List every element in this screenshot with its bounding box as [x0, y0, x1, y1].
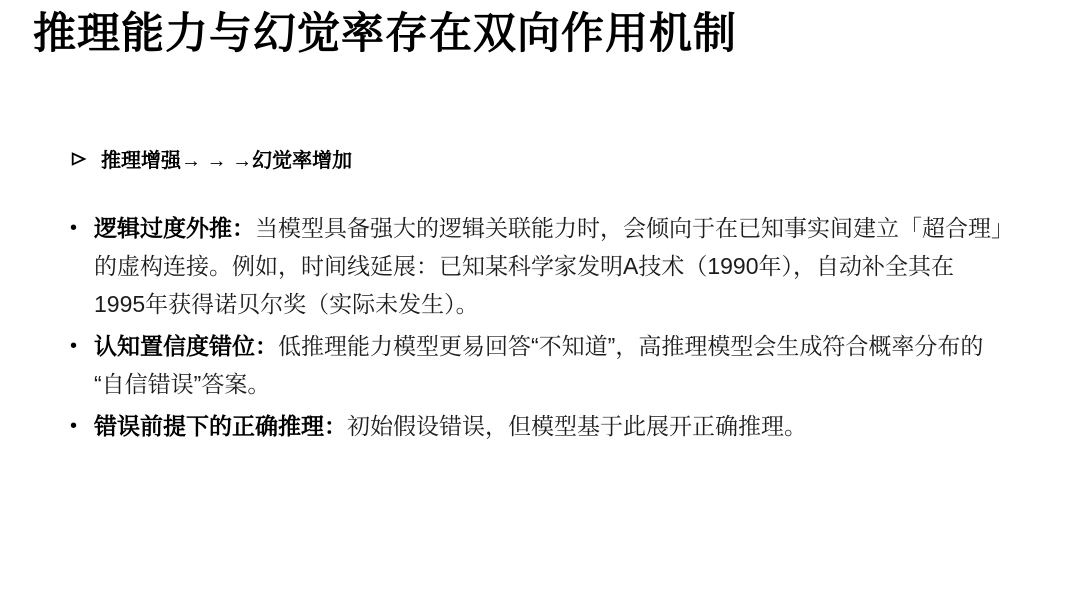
bullet-line: 认知置信度错位：低推理能力模型更易回答“不知道”，高推理模型会生成符合概率分布的	[94, 327, 1080, 365]
bullet-item-confidence-mismatch: • 认知置信度错位：低推理能力模型更易回答“不知道”，高推理模型会生成符合概率分…	[70, 327, 1080, 403]
key-point-row: 推理增强→ → →幻觉率增加	[70, 146, 1080, 172]
bullet-item-logic-extrapolation: • 逻辑过度外推：当模型具备强大的逻辑关联能力时，会倾向于在已知事实间建立「超合…	[70, 209, 1080, 323]
bullet-label: 错误前提下的正确推理：	[94, 413, 347, 439]
bullet-line: 的虚构连接。例如，时间线延展：已知某科学家发明A技术（1990年），自动补全其在	[94, 247, 1080, 285]
bullet-text: 初始假设错误，但模型基于此展开正确推理。	[347, 413, 807, 439]
bullet-dot-icon: •	[70, 407, 94, 445]
presentation-slide: 推理能力与幻觉率存在双向作用机制 推理增强→ → →幻觉率增加 • 逻辑过度外推…	[0, 8, 1080, 608]
bullet-line: 逻辑过度外推：当模型具备强大的逻辑关联能力时，会倾向于在已知事实间建立「超合理」	[94, 209, 1080, 247]
bullet-item-wrong-premise: • 错误前提下的正确推理：初始假设错误，但模型基于此展开正确推理。	[70, 407, 1080, 445]
slide-title: 推理能力与幻觉率存在双向作用机制	[33, 8, 1080, 62]
bullet-body: 逻辑过度外推：当模型具备强大的逻辑关联能力时，会倾向于在已知事实间建立「超合理」…	[94, 209, 1080, 323]
bullet-line: 错误前提下的正确推理：初始假设错误，但模型基于此展开正确推理。	[94, 407, 1080, 445]
bullet-body: 认知置信度错位：低推理能力模型更易回答“不知道”，高推理模型会生成符合概率分布的…	[94, 327, 1080, 403]
bullet-label: 逻辑过度外推：	[94, 215, 255, 241]
bullet-line: 1995年获得诺贝尔奖（实际未发生）。	[94, 285, 1080, 323]
bullet-label: 认知置信度错位：	[94, 333, 278, 359]
bullet-text: 当模型具备强大的逻辑关联能力时，会倾向于在已知事实间建立「超合理」	[255, 215, 1014, 241]
bullet-list: • 逻辑过度外推：当模型具备强大的逻辑关联能力时，会倾向于在已知事实间建立「超合…	[70, 209, 1080, 445]
bullet-line: “自信错误”答案。	[94, 365, 1080, 403]
key-point-text: 推理增强→ → →幻觉率增加	[101, 144, 352, 173]
bullet-body: 错误前提下的正确推理：初始假设错误，但模型基于此展开正确推理。	[94, 407, 1080, 445]
bullet-dot-icon: •	[70, 327, 94, 403]
bullet-dot-icon: •	[70, 209, 94, 323]
bullet-text: 低推理能力模型更易回答“不知道”，高推理模型会生成符合概率分布的	[278, 333, 983, 359]
arrowhead-right-icon	[70, 150, 88, 168]
